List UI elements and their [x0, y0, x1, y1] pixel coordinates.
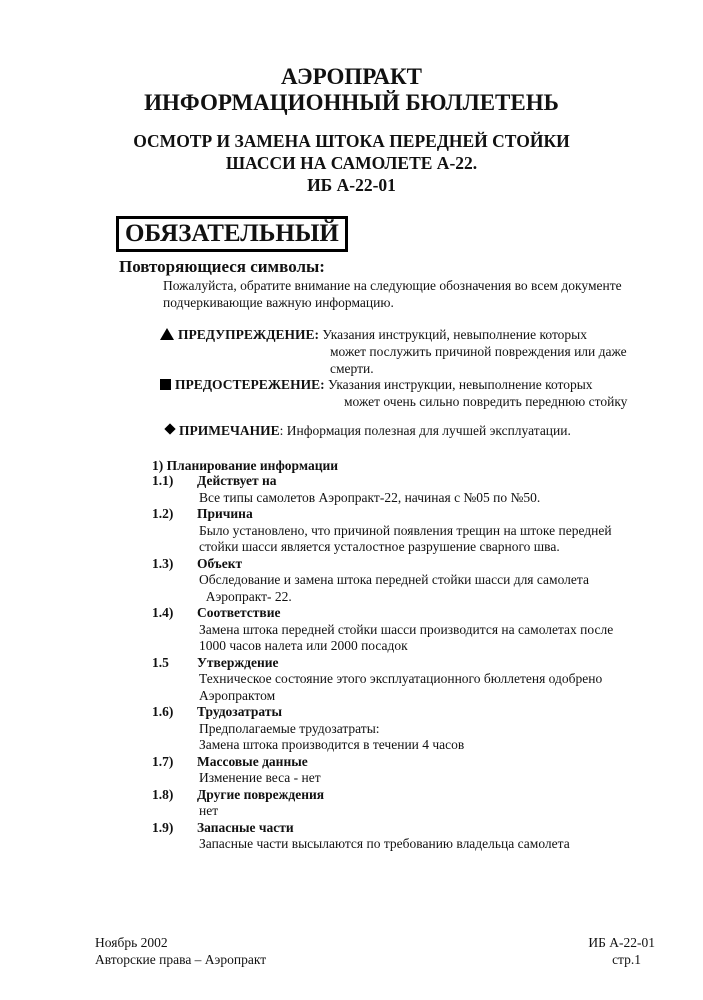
item-text-line: Техническое состояние этого эксплуатацио…: [199, 671, 602, 688]
item-number: 1.7): [152, 754, 173, 771]
item-number: 1.2): [152, 506, 173, 523]
item-title: Причина: [197, 506, 253, 523]
item-text-line: Обследование и замена штока передней сто…: [199, 572, 589, 589]
subject-line-2: ШАССИ НА САМОЛЕТЕ А-22.: [0, 152, 703, 174]
item-text-line: нет: [199, 803, 218, 820]
square-icon: [160, 379, 171, 390]
triangle-icon: [160, 328, 174, 340]
item-title: Массовые данные: [197, 754, 308, 771]
item-title: Запасные части: [197, 820, 294, 837]
caution-text-line-2: может очень сильно повредить переднюю ст…: [344, 393, 627, 410]
diamond-icon: [164, 423, 175, 434]
item-text-line: Замена штока производится в течении 4 ча…: [199, 737, 464, 754]
footer-document-number: ИБ А-22-01: [588, 934, 655, 951]
note-row: ПРИМЕЧАНИЕ: Информация полезная для лучш…: [164, 422, 571, 439]
footer-copyright: Авторские права – Аэропракт: [95, 951, 266, 968]
caution-text-line-1: Указания инструкции, невыполнение которы…: [328, 377, 593, 392]
item-title: Трудозатраты: [197, 704, 282, 721]
subject-line-1: ОСМОТР И ЗАМЕНА ШТОКА ПЕРЕДНЕЙ СТОЙКИ: [0, 130, 703, 152]
item-number: 1.8): [152, 787, 173, 804]
item-text-line: Аэропрактом: [199, 688, 275, 705]
item-text-line: Было установлено, что причиной появления…: [199, 523, 612, 540]
symbols-intro-line-1: Пожалуйста, обратите внимание на следующ…: [163, 277, 622, 294]
item-title: Действует на: [197, 473, 277, 490]
item-number: 1.9): [152, 820, 173, 837]
warning-text-line-3: смерти.: [330, 360, 374, 377]
caution-row: ПРЕДОСТЕРЕЖЕНИЕ: Указания инструкции, не…: [160, 376, 593, 393]
symbols-heading: Повторяющиеся символы:: [119, 257, 325, 277]
note-text: : Информация полезная для лучшей эксплуа…: [280, 423, 571, 438]
item-text-line: Замена штока передней стойки шасси произ…: [199, 622, 613, 639]
company-title: АЭРОПРАКТ: [0, 64, 703, 90]
item-title: Соответствие: [197, 605, 280, 622]
item-text-line: Изменение веса - нет: [199, 770, 321, 787]
warning-row: ПРЕДУПРЕЖДЕНИЕ: Указания инструкций, нев…: [160, 326, 587, 343]
item-text-line: Все типы самолетов Аэропракт-22, начиная…: [199, 490, 540, 507]
item-text-line: Предполагаемые трудозатраты:: [199, 721, 380, 738]
item-number: 1.4): [152, 605, 173, 622]
item-number: 1.1): [152, 473, 173, 490]
warning-label: ПРЕДУПРЕЖДЕНИЕ:: [178, 327, 319, 342]
document-type-title: ИНФОРМАЦИОННЫЙ БЮЛЛЕТЕНЬ: [0, 90, 703, 116]
mandatory-status-box: ОБЯЗАТЕЛЬНЫЙ: [116, 216, 348, 252]
symbols-intro-line-2: подчеркивающие важную информацию.: [163, 294, 394, 311]
note-label: ПРИМЕЧАНИЕ: [179, 423, 280, 438]
item-text-line: 1000 часов налета или 2000 посадок: [199, 638, 408, 655]
item-title: Утверждение: [197, 655, 279, 672]
warning-text-line-2: может послужить причиной повреждения или…: [330, 343, 627, 360]
footer-date: Ноябрь 2002: [95, 934, 168, 951]
item-title: Другие повреждения: [197, 787, 324, 804]
caution-label: ПРЕДОСТЕРЕЖЕНИЕ:: [175, 377, 325, 392]
item-number: 1.3): [152, 556, 173, 573]
item-number: 1.5: [152, 655, 169, 672]
footer-page-number: стр.1: [612, 951, 641, 968]
item-title: Объект: [197, 556, 242, 573]
warning-text-line-1: Указания инструкций, невыполнение которы…: [322, 327, 587, 342]
bulletin-number: ИБ А-22-01: [0, 174, 703, 196]
section-heading: 1) Планирование информации: [152, 457, 338, 474]
item-text-line: стойки шасси является усталостное разруш…: [199, 539, 560, 556]
item-number: 1.6): [152, 704, 173, 721]
item-text-line: Аэропракт- 22.: [199, 589, 292, 606]
item-text-line: Запасные части высылаются по требованию …: [199, 836, 570, 853]
